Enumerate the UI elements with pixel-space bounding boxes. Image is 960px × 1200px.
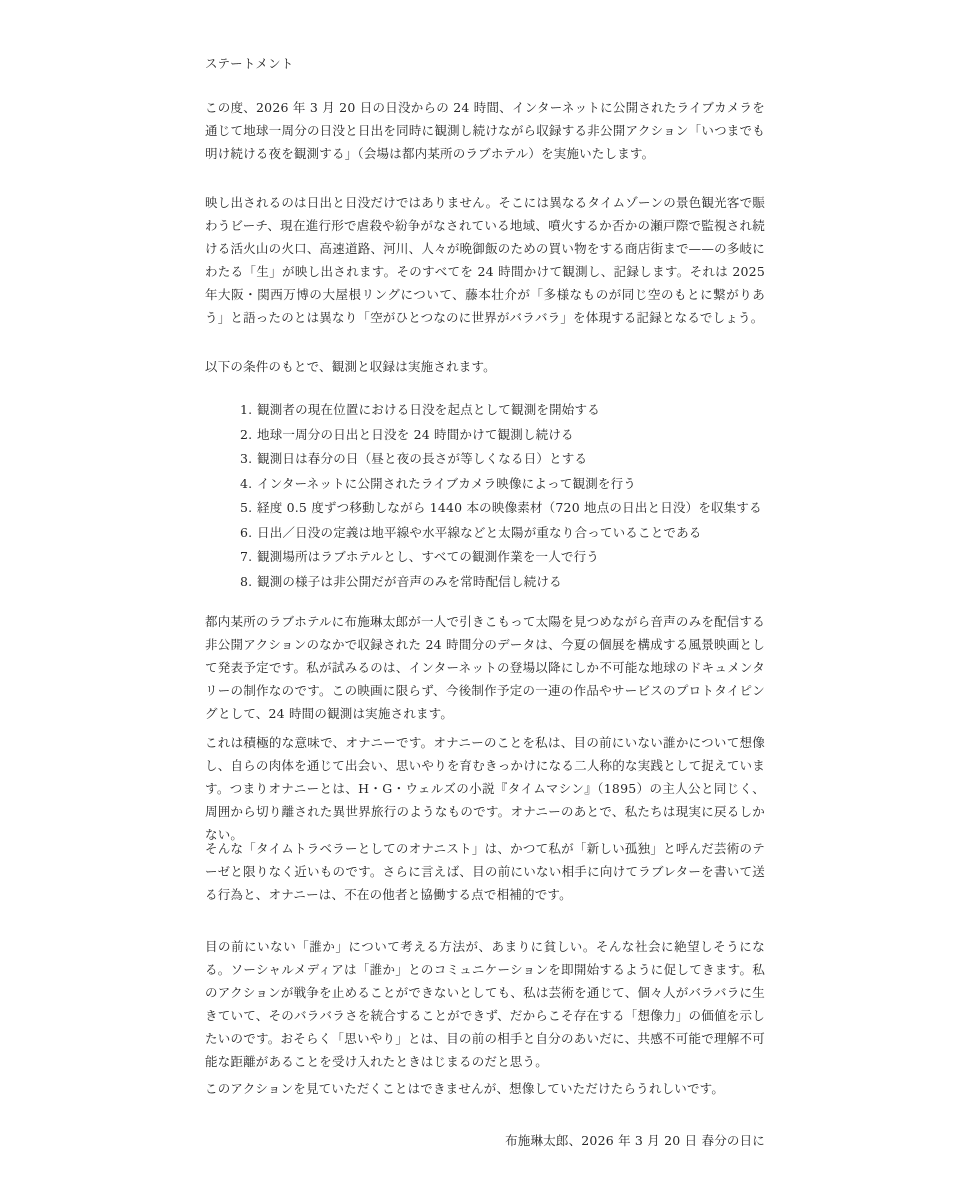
condition-text: 経度 0.5 度ずつ移動しながら 1440 本の映像素材（720 地点の日出と日… [257, 496, 765, 521]
condition-number: 4. [240, 472, 257, 497]
condition-text: 観測の様子は非公開だが音声のみを常時配信し続ける [257, 570, 765, 595]
paragraph-conditions-intro: 以下の条件のもとで、観測と収録は実施されます。 [205, 355, 765, 378]
condition-text: 日出／日没の定義は地平線や水平線などと太陽が重なり合っていることである [257, 521, 765, 546]
condition-item-1: 1. 観測者の現在位置における日没を起点として観測を開始する [240, 398, 765, 423]
paragraph-timetraveler: そんな「タイムトラベラーとしてのオナニスト」は、かつて私が「新しい孤独」と呼んだ… [205, 837, 765, 906]
paragraph-plan: 都内某所のラブホテルに布施琳太郎が一人で引きこもって太陽を見つめながら音声のみを… [205, 610, 765, 725]
paragraph-society: 目の前にいない「誰か」について考える方法が、あまりに貧しい。そんな社会に絶望しそ… [205, 935, 765, 1073]
condition-number: 7. [240, 545, 257, 570]
condition-item-3: 3. 観測日は春分の日（昼と夜の長さが等しくなる日）とする [240, 447, 765, 472]
condition-text: 観測日は春分の日（昼と夜の長さが等しくなる日）とする [257, 447, 765, 472]
condition-text: 地球一周分の日出と日没を 24 時間かけて観測し続ける [257, 423, 765, 448]
condition-number: 6. [240, 521, 257, 546]
condition-text: 観測場所はラブホテルとし、すべての観測作業を一人で行う [257, 545, 765, 570]
document-title: ステートメント [205, 52, 765, 75]
condition-number: 8. [240, 570, 257, 595]
condition-number: 2. [240, 423, 257, 448]
condition-item-7: 7. 観測場所はラブホテルとし、すべての観測作業を一人で行う [240, 545, 765, 570]
condition-item-4: 4. インターネットに公開されたライブカメラ映像によって観測を行う [240, 472, 765, 497]
condition-text: インターネットに公開されたライブカメラ映像によって観測を行う [257, 472, 765, 497]
paragraph-screens: 映し出されるのは日出と日没だけではありません。そこには異なるタイムゾーンの景色観… [205, 191, 765, 329]
condition-item-8: 8. 観測の様子は非公開だが音声のみを常時配信し続ける [240, 570, 765, 595]
condition-item-2: 2. 地球一周分の日出と日没を 24 時間かけて観測し続ける [240, 423, 765, 448]
conditions-list: 1. 観測者の現在位置における日没を起点として観測を開始する 2. 地球一周分の… [240, 398, 765, 594]
paragraph-closing: このアクションを見ていただくことはできませんが、想像していただけたらうれしいです… [205, 1077, 765, 1100]
paragraph-announcement: この度、2026 年 3 月 20 日の日没からの 24 時間、インターネットに… [205, 96, 765, 165]
condition-item-5: 5. 経度 0.5 度ずつ移動しながら 1440 本の映像素材（720 地点の日… [240, 496, 765, 521]
paragraph-onanie: これは積極的な意味で、オナニーです。オナニーのことを私は、目の前にいない誰かにつ… [205, 731, 765, 846]
condition-number: 5. [240, 496, 257, 521]
condition-item-6: 6. 日出／日没の定義は地平線や水平線などと太陽が重なり合っていることである [240, 521, 765, 546]
statement-document: ステートメント この度、2026 年 3 月 20 日の日没からの 24 時間、… [0, 0, 960, 1200]
condition-number: 3. [240, 447, 257, 472]
signature: 布施琳太郎、2026 年 3 月 20 日 春分の日に [205, 1129, 765, 1152]
condition-text: 観測者の現在位置における日没を起点として観測を開始する [257, 398, 765, 423]
condition-number: 1. [240, 398, 257, 423]
